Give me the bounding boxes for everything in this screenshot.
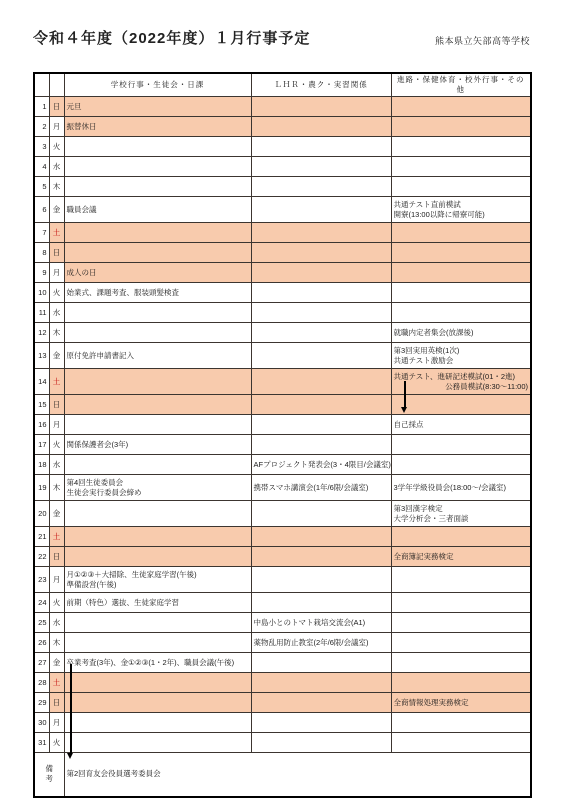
day-of-week-cell: 日: [49, 547, 64, 567]
other-events-cell: [391, 673, 531, 693]
lhr-events-cell: [251, 223, 391, 243]
calendar-row-11: 11水: [34, 303, 531, 323]
school-events-cell: [64, 455, 251, 475]
day-of-week-cell: 日: [49, 395, 64, 415]
school-events-cell: [64, 177, 251, 197]
day-of-week-cell: 水: [49, 455, 64, 475]
calendar-row-17: 17火関係保護者会(3年): [34, 435, 531, 455]
school-events-cell: [64, 633, 251, 653]
event-text: 第3回漢字検定: [394, 504, 529, 514]
day-number-cell: 26: [34, 633, 49, 653]
calendar-row-19: 19木第4回生徒委員会生徒会実行委員会締め携帯スマホ講演会(1年/6限/会議室)…: [34, 475, 531, 501]
event-text: 3学年学級役員会(18:00～/会議室): [394, 483, 529, 493]
lhr-events-cell: [251, 395, 391, 415]
other-events-cell: 3学年学級役員会(18:00～/会議室): [391, 475, 531, 501]
continuation-arrow-exam: [404, 381, 406, 408]
other-events-cell: [391, 283, 531, 303]
calendar-row-7: 7土: [34, 223, 531, 243]
calendar-row-31: 31火: [34, 733, 531, 753]
school-events-cell: 振替休日: [64, 117, 251, 137]
school-events-cell: [64, 243, 251, 263]
calendar-row-10: 10火始業式、課題考査、服装頭髪検査: [34, 283, 531, 303]
calendar-row-16: 16月自己採点: [34, 415, 531, 435]
continuation-arrow-exam-head: [401, 407, 407, 413]
calendar-row-22: 22日全商簿記実務検定: [34, 547, 531, 567]
day-of-week-cell: 月: [49, 415, 64, 435]
calendar-row-4: 4水: [34, 157, 531, 177]
school-events-cell: [64, 223, 251, 243]
day-number-cell: 20: [34, 501, 49, 527]
continuation-arrow-graduation-exam-head: [67, 753, 73, 759]
lhr-events-cell: [251, 97, 391, 117]
school-events-cell: [64, 501, 251, 527]
lhr-events-cell: [251, 137, 391, 157]
other-events-cell: 第3回実用英検(1次)共通テスト激励会: [391, 343, 531, 369]
lhr-events-cell: [251, 567, 391, 593]
event-text: 就職内定者集会(放課後): [394, 328, 529, 338]
other-events-cell: 自己採点: [391, 415, 531, 435]
calendar-row-1: 1日元旦: [34, 97, 531, 117]
lhr-events-cell: [251, 263, 391, 283]
event-text: 自己採点: [394, 420, 529, 430]
other-events-cell: [391, 455, 531, 475]
school-events-cell: 元旦: [64, 97, 251, 117]
header-lhr-events: ＬＨＲ・農ク・実習関係: [251, 73, 391, 97]
calendar-row-24: 24火前期（特色）選抜、生徒家庭学習: [34, 593, 531, 613]
day-number-cell: 6: [34, 197, 49, 223]
calendar-row-30: 30月: [34, 713, 531, 733]
other-events-cell: [391, 243, 531, 263]
day-of-week-cell: 金: [49, 501, 64, 527]
other-events-cell: [391, 395, 531, 415]
calendar-row-21: 21土: [34, 527, 531, 547]
lhr-events-cell: [251, 283, 391, 303]
calendar-row-29: 29日全商情報処理実務検定: [34, 693, 531, 713]
school-events-cell: 月①②③＋大掃除、生徒家庭学習(午後)準備設営(午後): [64, 567, 251, 593]
day-of-week-cell: 水: [49, 157, 64, 177]
other-events-cell: [391, 593, 531, 613]
other-events-cell: 共通テスト直前模試開寮(13:00以降に帰寮可能): [391, 197, 531, 223]
day-of-week-cell: 日: [49, 97, 64, 117]
lhr-events-cell: [251, 243, 391, 263]
lhr-events-cell: [251, 733, 391, 753]
school-events-cell: [64, 673, 251, 693]
day-number-cell: 15: [34, 395, 49, 415]
other-events-cell: [391, 435, 531, 455]
day-of-week-cell: 木: [49, 475, 64, 501]
lhr-events-cell: AFプロジェクト発表会(3・4限目/会議室): [251, 455, 391, 475]
day-of-week-cell: 火: [49, 137, 64, 157]
day-number-cell: 30: [34, 713, 49, 733]
event-text: 薬物乱用防止教室(2年/6限/会議室): [254, 638, 389, 648]
day-of-week-cell: 日: [49, 693, 64, 713]
event-text: 全商簿記実務検定: [394, 552, 529, 562]
event-text: 始業式、課題考査、服装頭髪検査: [67, 288, 249, 298]
other-events-cell: 全商簿記実務検定: [391, 547, 531, 567]
page-title: 令和４年度（2022年度）１月行事予定: [33, 27, 310, 48]
day-number-cell: 7: [34, 223, 49, 243]
other-events-cell: [391, 633, 531, 653]
school-events-cell: [64, 713, 251, 733]
day-of-week-cell: 土: [49, 369, 64, 395]
lhr-events-cell: [251, 197, 391, 223]
day-of-week-cell: 月: [49, 263, 64, 283]
event-text: 成人の日: [67, 268, 249, 278]
lhr-events-cell: [251, 713, 391, 733]
other-events-cell: [391, 527, 531, 547]
day-of-week-cell: 火: [49, 435, 64, 455]
calendar-row-15: 15日: [34, 395, 531, 415]
day-number-cell: 4: [34, 157, 49, 177]
lhr-events-cell: [251, 157, 391, 177]
day-number-cell: 12: [34, 323, 49, 343]
day-number-cell: 27: [34, 653, 49, 673]
day-of-week-cell: 水: [49, 303, 64, 323]
school-events-cell: [64, 733, 251, 753]
day-number-cell: 8: [34, 243, 49, 263]
day-of-week-cell: 火: [49, 283, 64, 303]
event-text: 原付免許申請書記入: [67, 351, 249, 361]
day-of-week-cell: 月: [49, 713, 64, 733]
lhr-events-cell: [251, 673, 391, 693]
day-of-week-cell: 月: [49, 117, 64, 137]
lhr-events-cell: [251, 177, 391, 197]
school-events-cell: [64, 395, 251, 415]
lhr-events-cell: [251, 593, 391, 613]
lhr-events-cell: [251, 653, 391, 673]
other-events-cell: [391, 223, 531, 243]
day-of-week-cell: 木: [49, 323, 64, 343]
lhr-events-cell: 中島小とのトマト栽培交流会(A1): [251, 613, 391, 633]
day-of-week-cell: 木: [49, 633, 64, 653]
schedule-table-wrap: 学校行事・生徒会・日課 ＬＨＲ・農ク・実習関係 進路・保健体育・校外行事・その他…: [33, 72, 532, 798]
other-events-cell: [391, 177, 531, 197]
other-events-cell: [391, 653, 531, 673]
lhr-events-cell: [251, 343, 391, 369]
other-events-cell: [391, 157, 531, 177]
other-events-cell: [391, 97, 531, 117]
lhr-events-cell: [251, 117, 391, 137]
day-number-cell: 1: [34, 97, 49, 117]
day-of-week-cell: 水: [49, 613, 64, 633]
day-number-cell: 13: [34, 343, 49, 369]
day-number-cell: 18: [34, 455, 49, 475]
event-text: 元旦: [67, 102, 249, 112]
calendar-row-6: 6金職員会議共通テスト直前模試開寮(13:00以降に帰寮可能): [34, 197, 531, 223]
day-number-cell: 9: [34, 263, 49, 283]
school-name: 熊本県立矢部高等学校: [435, 34, 530, 47]
lhr-events-cell: [251, 547, 391, 567]
day-number-cell: 5: [34, 177, 49, 197]
calendar-row-3: 3火: [34, 137, 531, 157]
remarks-label: 備 考: [34, 753, 64, 797]
calendar-row-20: 20金第3回漢字検定大学分析会・三者面談: [34, 501, 531, 527]
header-row: 学校行事・生徒会・日課 ＬＨＲ・農ク・実習関係 進路・保健体育・校外行事・その他: [34, 73, 531, 97]
school-events-cell: [64, 693, 251, 713]
schedule-page: 令和４年度（2022年度）１月行事予定 熊本県立矢部高等学校 学校行事・生徒会・…: [0, 0, 566, 800]
remarks-content: 第2回育友会役員選考委員会: [64, 753, 531, 797]
day-of-week-cell: 金: [49, 653, 64, 673]
header-school-events: 学校行事・生徒会・日課: [64, 73, 251, 97]
remarks-row: 備 考 第2回育友会役員選考委員会: [34, 753, 531, 797]
lhr-events-cell: 薬物乱用防止教室(2年/6限/会議室): [251, 633, 391, 653]
event-text: 月①②③＋大掃除、生徒家庭学習(午後): [67, 570, 249, 580]
event-text: 携帯スマホ講演会(1年/6限/会議室): [254, 483, 389, 493]
day-number-cell: 3: [34, 137, 49, 157]
day-of-week-cell: 金: [49, 343, 64, 369]
event-text: 第3回実用英検(1次): [394, 346, 529, 356]
other-events-cell: [391, 263, 531, 283]
lhr-events-cell: [251, 369, 391, 395]
event-text: 大学分析会・三者面談: [394, 514, 529, 524]
day-number-cell: 17: [34, 435, 49, 455]
school-events-cell: 始業式、課題考査、服装頭髪検査: [64, 283, 251, 303]
event-text: 振替休日: [67, 122, 249, 132]
event-text: 中島小とのトマト栽培交流会(A1): [254, 618, 389, 628]
day-number-cell: 22: [34, 547, 49, 567]
school-events-cell: [64, 157, 251, 177]
event-text: 職員会議: [67, 205, 249, 215]
calendar-row-28: 28土: [34, 673, 531, 693]
calendar-row-2: 2月振替休日: [34, 117, 531, 137]
schedule-table: 学校行事・生徒会・日課 ＬＨＲ・農ク・実習関係 進路・保健体育・校外行事・その他…: [33, 72, 532, 798]
calendar-row-8: 8日: [34, 243, 531, 263]
school-events-cell: [64, 613, 251, 633]
calendar-row-12: 12木就職内定者集会(放課後): [34, 323, 531, 343]
school-events-cell: 関係保護者会(3年): [64, 435, 251, 455]
continuation-arrow-graduation-exam: [70, 664, 72, 754]
event-text: 生徒会実行委員会締め: [67, 488, 249, 498]
header-other-events: 進路・保健体育・校外行事・その他: [391, 73, 531, 97]
other-events-cell: [391, 117, 531, 137]
school-events-cell: 成人の日: [64, 263, 251, 283]
day-of-week-cell: 土: [49, 527, 64, 547]
school-events-cell: 卒業考査(3年)、金①②③(1・2年)、職員会議(午後): [64, 653, 251, 673]
event-text: 前期（特色）選抜、生徒家庭学習: [67, 598, 249, 608]
day-number-cell: 31: [34, 733, 49, 753]
day-number-cell: 23: [34, 567, 49, 593]
day-of-week-cell: 月: [49, 567, 64, 593]
day-number-cell: 14: [34, 369, 49, 395]
calendar-row-26: 26木薬物乱用防止教室(2年/6限/会議室): [34, 633, 531, 653]
day-number-cell: 10: [34, 283, 49, 303]
lhr-events-cell: [251, 693, 391, 713]
day-number-cell: 21: [34, 527, 49, 547]
calendar-row-14: 14土共通テスト、進研記述模試(01・2進)公務員模試(8:30～11:00): [34, 369, 531, 395]
day-of-week-cell: 土: [49, 673, 64, 693]
day-number-cell: 24: [34, 593, 49, 613]
event-text: 第4回生徒委員会: [67, 478, 249, 488]
day-number-cell: 29: [34, 693, 49, 713]
calendar-row-25: 25水中島小とのトマト栽培交流会(A1): [34, 613, 531, 633]
other-events-cell: [391, 303, 531, 323]
event-text: 共通テスト、進研記述模試(01・2進): [394, 372, 529, 382]
day-of-week-cell: 土: [49, 223, 64, 243]
lhr-events-cell: [251, 303, 391, 323]
event-text: 開寮(13:00以降に帰寮可能): [394, 210, 529, 220]
header-day-of-week: [49, 73, 64, 97]
school-events-cell: [64, 547, 251, 567]
calendar-row-27: 27金卒業考査(3年)、金①②③(1・2年)、職員会議(午後): [34, 653, 531, 673]
day-number-cell: 11: [34, 303, 49, 323]
lhr-events-cell: [251, 323, 391, 343]
event-text: 公務員模試(8:30～11:00): [394, 382, 529, 392]
event-text: 共通テスト激励会: [394, 356, 529, 366]
day-of-week-cell: 日: [49, 243, 64, 263]
school-events-cell: 職員会議: [64, 197, 251, 223]
day-of-week-cell: 火: [49, 593, 64, 613]
lhr-events-cell: [251, 527, 391, 547]
other-events-cell: [391, 733, 531, 753]
event-text: 関係保護者会(3年): [67, 440, 249, 450]
lhr-events-cell: [251, 501, 391, 527]
event-text: 共通テスト直前模試: [394, 200, 529, 210]
header-day-number: [34, 73, 49, 97]
calendar-row-18: 18水AFプロジェクト発表会(3・4限目/会議室): [34, 455, 531, 475]
other-events-cell: [391, 613, 531, 633]
lhr-events-cell: [251, 415, 391, 435]
calendar-row-13: 13金原付免許申請書記入第3回実用英検(1次)共通テスト激励会: [34, 343, 531, 369]
other-events-cell: 全商情報処理実務検定: [391, 693, 531, 713]
day-number-cell: 25: [34, 613, 49, 633]
event-text: 卒業考査(3年)、金①②③(1・2年)、職員会議(午後): [67, 658, 249, 668]
school-events-cell: [64, 415, 251, 435]
other-events-cell: 第3回漢字検定大学分析会・三者面談: [391, 501, 531, 527]
day-number-cell: 2: [34, 117, 49, 137]
day-of-week-cell: 木: [49, 177, 64, 197]
school-events-cell: 前期（特色）選抜、生徒家庭学習: [64, 593, 251, 613]
other-events-cell: [391, 713, 531, 733]
other-events-cell: 就職内定者集会(放課後): [391, 323, 531, 343]
other-events-cell: [391, 137, 531, 157]
school-events-cell: [64, 369, 251, 395]
school-events-cell: [64, 527, 251, 547]
calendar-row-9: 9月成人の日: [34, 263, 531, 283]
school-events-cell: [64, 137, 251, 157]
event-text: 準備設営(午後): [67, 580, 249, 590]
event-text: AFプロジェクト発表会(3・4限目/会議室): [254, 460, 389, 470]
school-events-cell: 原付免許申請書記入: [64, 343, 251, 369]
event-text: 全商情報処理実務検定: [394, 698, 529, 708]
calendar-row-5: 5木: [34, 177, 531, 197]
school-events-cell: [64, 323, 251, 343]
day-of-week-cell: 金: [49, 197, 64, 223]
lhr-events-cell: 携帯スマホ講演会(1年/6限/会議室): [251, 475, 391, 501]
other-events-cell: [391, 567, 531, 593]
day-number-cell: 28: [34, 673, 49, 693]
calendar-row-23: 23月月①②③＋大掃除、生徒家庭学習(午後)準備設営(午後): [34, 567, 531, 593]
other-events-cell: 共通テスト、進研記述模試(01・2進)公務員模試(8:30～11:00): [391, 369, 531, 395]
school-events-cell: [64, 303, 251, 323]
day-number-cell: 16: [34, 415, 49, 435]
day-number-cell: 19: [34, 475, 49, 501]
day-of-week-cell: 火: [49, 733, 64, 753]
lhr-events-cell: [251, 435, 391, 455]
school-events-cell: 第4回生徒委員会生徒会実行委員会締め: [64, 475, 251, 501]
